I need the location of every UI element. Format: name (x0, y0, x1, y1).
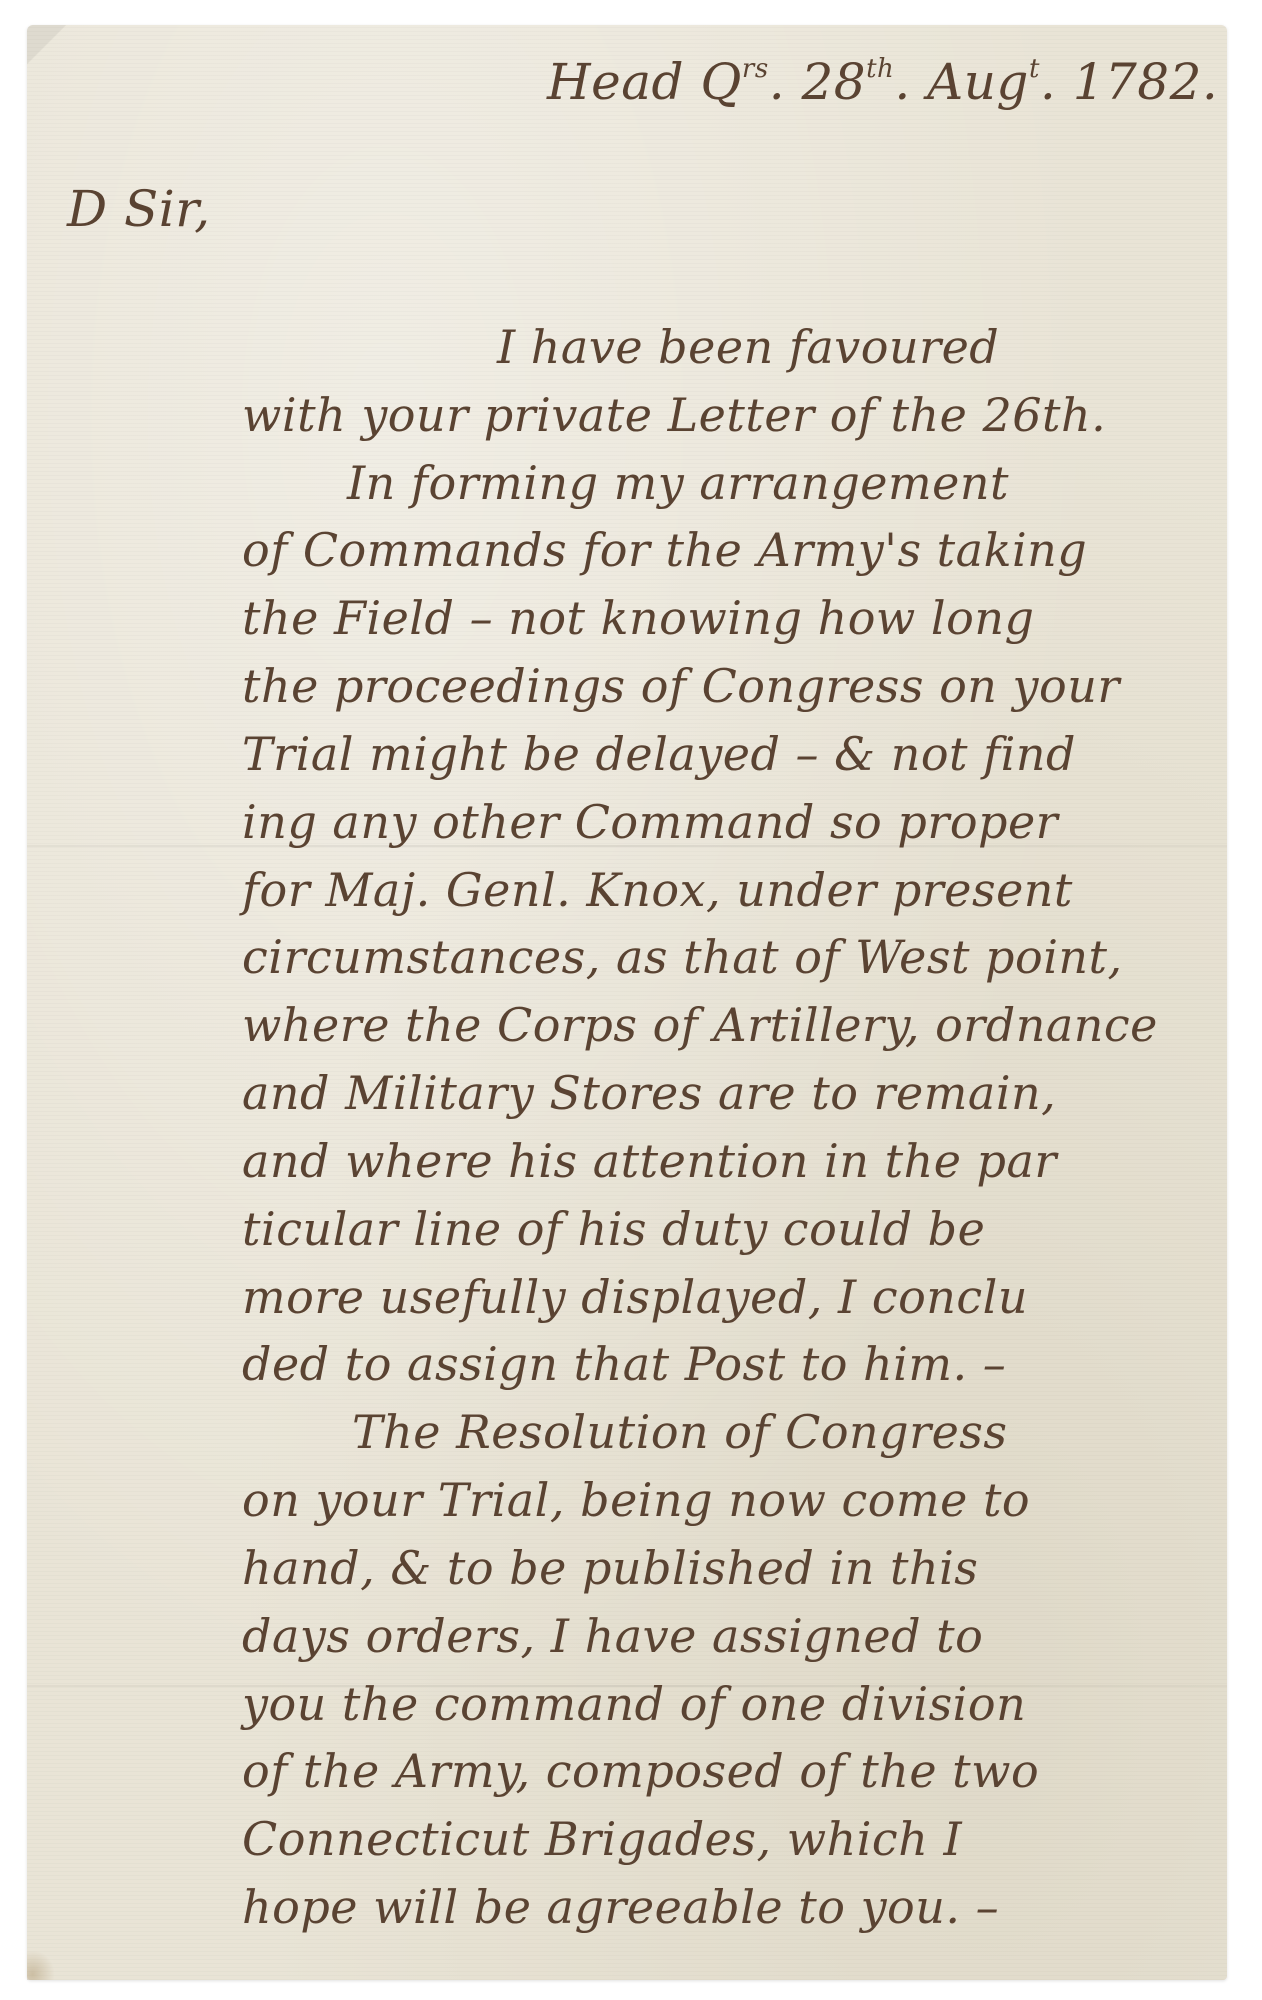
letter-line: on your Trial, being now come to (242, 1473, 1030, 1527)
letter-line: the Field – not knowing how long (242, 591, 1034, 645)
letter-line: The Resolution of Congress (352, 1405, 1008, 1459)
dateline-day: 28 (801, 53, 866, 111)
letter-line: more usefully displayed, I conclu (242, 1270, 1028, 1324)
letter-line: you the command of one division (242, 1677, 1026, 1731)
letter-line: circumstances, as that of West point, (242, 930, 1123, 984)
letter-line: for Maj. Genl. Knox, under present (242, 863, 1073, 917)
letter-line: I have been favoured (497, 320, 999, 374)
letter-line: hand, & to be published in this (242, 1541, 978, 1595)
letter-line: of Commands for the Army's taking (242, 523, 1087, 577)
letter-line: and Military Stores are to remain, (242, 1066, 1056, 1120)
letter-line: ticular line of his duty could be (242, 1202, 985, 1256)
letter-line: ded to assign that Post to him. – (242, 1337, 1006, 1391)
letter-paper: Head Qrs. 28th. Augt. 1782. D Sir, I hav… (27, 25, 1227, 1980)
letter-line: and where his attention in the par (242, 1134, 1057, 1188)
corner-stain (27, 1950, 55, 1980)
dateline-month: Aug (927, 53, 1029, 111)
dateline-year: 1782. (1073, 53, 1219, 111)
letter-line: Trial might be delayed – & not find (242, 727, 1076, 781)
dateline-month-sup: t (1029, 54, 1040, 84)
letter-line: In forming my arrangement (347, 456, 1009, 510)
letter-line: the proceedings of Congress on your (242, 659, 1120, 713)
corner-crease (27, 25, 67, 65)
letter-line: hope will be agreeable to you. – (242, 1880, 999, 1934)
letter-line: Connecticut Brigades, which I (242, 1812, 962, 1866)
letter-line: with your private Letter of the 26th. (242, 388, 1106, 442)
dateline-place: Head Q (547, 53, 742, 111)
letter-line: of the Army, composed of the two (242, 1744, 1039, 1798)
letter-line: days orders, I have assigned to (242, 1609, 983, 1663)
dateline-place-sup: rs (742, 54, 769, 84)
dateline: Head Qrs. 28th. Augt. 1782. (547, 53, 1218, 111)
dateline-day-sup: th (866, 54, 894, 84)
letter-line: where the Corps of Artillery, ordnance (242, 998, 1158, 1052)
salutation: D Sir, (67, 180, 211, 238)
letter-line: ing any other Command so proper (242, 795, 1058, 849)
